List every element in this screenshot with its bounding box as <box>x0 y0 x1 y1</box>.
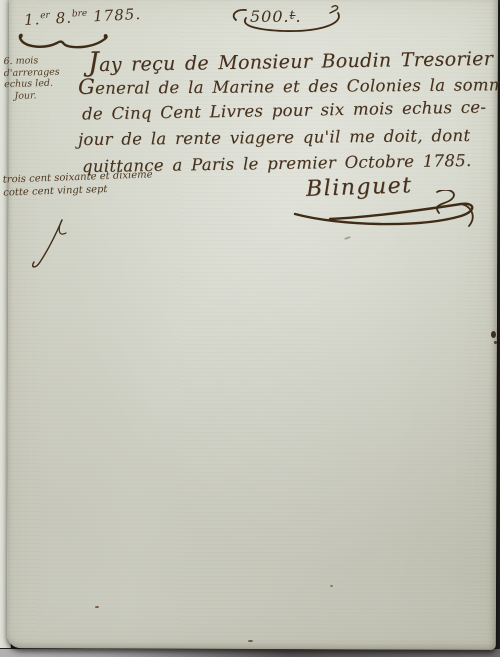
amount-value: 500. <box>250 7 290 26</box>
body-line: General de la Marine et des Colonies la … <box>78 71 500 99</box>
photographed-manuscript: 1.er 8.bre 1785. 500.t. 6. mois d'arrera… <box>0 0 500 657</box>
ink-layer: 1.er 8.bre 1785. 500.t. 6. mois d'arrera… <box>0 0 500 657</box>
body-line: jour de la rente viagere qu'il me doit, … <box>78 126 471 149</box>
amount-annotation: 500.t. <box>220 3 354 39</box>
paper-speck <box>248 640 253 642</box>
paper-speck <box>330 585 333 587</box>
margin-note-registration: trois cent soixante et dixieme cotte cen… <box>3 168 154 199</box>
paper-speck <box>344 236 351 240</box>
amount-text: 500.t. <box>250 7 302 26</box>
date-month: 8. <box>55 9 72 28</box>
date-annotation: 1.er 8.bre 1785. <box>24 5 142 29</box>
clerk-paraph-icon <box>26 216 74 276</box>
body-line: de Cinq Cent Livres pour six mois echus … <box>82 97 487 123</box>
paper-speck <box>491 331 496 338</box>
paper-speck <box>95 606 99 608</box>
date-day-suffix: er <box>40 11 50 21</box>
amount-period: . <box>295 7 301 26</box>
paper-speck <box>494 341 497 344</box>
margin-note-arrears: 6. mois d'arrerages echus led. Jour. <box>3 54 88 102</box>
date-year: 1785. <box>93 5 142 25</box>
signature-paraph-icon <box>285 190 490 232</box>
date-day: 1. <box>24 10 41 29</box>
date-month-suffix: bre <box>72 9 88 20</box>
